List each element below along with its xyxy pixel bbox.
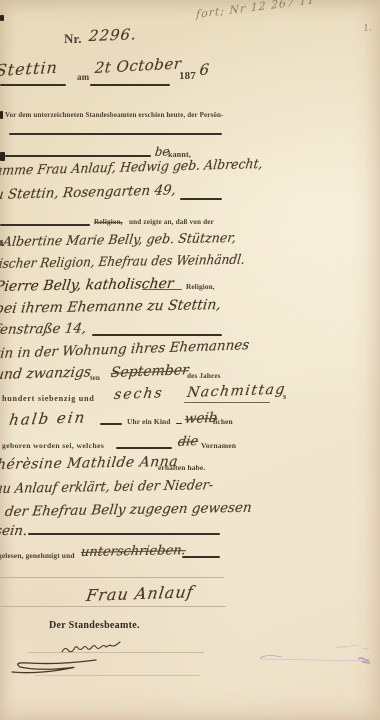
purple-pencil-marks	[258, 642, 376, 666]
year-word-handwritten: sechs	[113, 385, 165, 403]
declarant-address-line: u Stettin, Rosengarten 49,	[0, 182, 177, 203]
pencil-annotation: fort; Nr 12 267 11	[196, 0, 315, 21]
vornamen-printed: Vornamen	[201, 441, 236, 450]
am-label: am	[77, 72, 89, 82]
year-digit: 6	[199, 60, 210, 79]
time-handwritten: halb ein	[8, 408, 88, 429]
paraph-flourish	[8, 657, 98, 675]
fill-line	[92, 334, 222, 336]
birthplace-line: tin in der Wohnung ihres Ehemannes	[0, 337, 250, 362]
uhr-kind-printed: Uhr ein Kind	[127, 417, 171, 426]
statement-line-3: sein.	[0, 523, 28, 539]
zeigte-an-printed: und zeigte an, daß von der	[129, 218, 214, 226]
die-handwritten: die	[177, 434, 199, 450]
fill-line	[9, 133, 222, 135]
date-day-month: 2t October	[94, 54, 182, 77]
closing-handwritten: unterschrieben.	[80, 543, 187, 560]
mother-name-line: Albertine Marie Belly, geb. Stützner,	[2, 231, 237, 250]
religion-struck-printed: Religion,	[94, 218, 123, 226]
birth-day-handwritten: und zwanzigs	[0, 364, 92, 383]
birth-month-handwritten: September	[110, 362, 190, 381]
residence-line: bei ihrem Ehemanne zu Stettin,	[0, 297, 222, 317]
place-name: Stettin	[0, 58, 59, 80]
gender-suffix-printed: lichen	[213, 417, 233, 426]
pencil-annotation-secondary: 1.	[363, 23, 373, 34]
ruled-line	[0, 577, 224, 578]
scan-edge-mark	[0, 111, 3, 119]
ruled-line	[35, 675, 200, 676]
registrar-label: Der Standesbeamte.	[49, 620, 140, 631]
des-jahres-printed: des Jahres	[187, 372, 221, 380]
record-number-label: Nr.	[64, 31, 82, 47]
ruled-line	[0, 606, 226, 607]
fill-line	[176, 423, 182, 424]
fill-line	[182, 556, 220, 558]
daytime-suffix-printed: s	[283, 392, 286, 401]
fill-line	[90, 84, 170, 86]
fill-line	[180, 198, 222, 200]
closing-printed: gelesen, genehmigt und	[0, 551, 75, 560]
fill-line	[142, 289, 182, 290]
statement-line-2: der Ehefrau Belly zugegen gewesen	[4, 500, 253, 520]
scanned-birth-record-page: fort; Nr 12 267 11 1. Nr. 2296. Stettin …	[0, 0, 380, 720]
year-words-printed: hundert siebenzig und	[2, 394, 95, 403]
fill-line	[28, 533, 220, 535]
fill-line	[100, 423, 122, 425]
declarant-line: amme Frau Anlauf, Hedwig geb. Albrecht,	[0, 157, 263, 179]
fill-line	[5, 155, 151, 157]
mother-detail-line: lischer Religion, Ehefrau des Weinhändl.	[0, 253, 246, 272]
child-names-line: hérèsine Mathilde Anna	[0, 454, 179, 473]
scan-edge-mark	[0, 15, 4, 21]
street-line: fenstraße 14,	[0, 320, 87, 338]
fill-line	[0, 224, 90, 226]
form-intro-text: Vor dem unterzeichneten Standesbeamten e…	[5, 111, 224, 119]
erhalten-printed: erhalten habe.	[158, 463, 205, 472]
statement-line-1: au Anlauf erklärt, bei der Nieder-	[0, 477, 214, 497]
born-printed: geboren worden sei, welches	[2, 441, 104, 450]
daytime-handwritten: Nachmittag	[186, 381, 287, 401]
ruled-line	[28, 652, 204, 653]
year-printed: 187	[179, 70, 196, 82]
ten-printed: ten	[90, 374, 100, 382]
fill-line	[184, 402, 270, 403]
kannt-printed: kannt,	[168, 150, 191, 159]
fill-line	[116, 447, 172, 449]
record-number-value: 2296.	[88, 25, 138, 45]
fill-line	[0, 84, 66, 86]
father-name-line: Pierre Belly, katholischer	[0, 276, 175, 295]
declarant-signature: Frau Anlauf	[85, 582, 195, 605]
father-religion-printed: Religion,	[186, 283, 215, 291]
registrar-signature-scribble	[60, 643, 122, 657]
